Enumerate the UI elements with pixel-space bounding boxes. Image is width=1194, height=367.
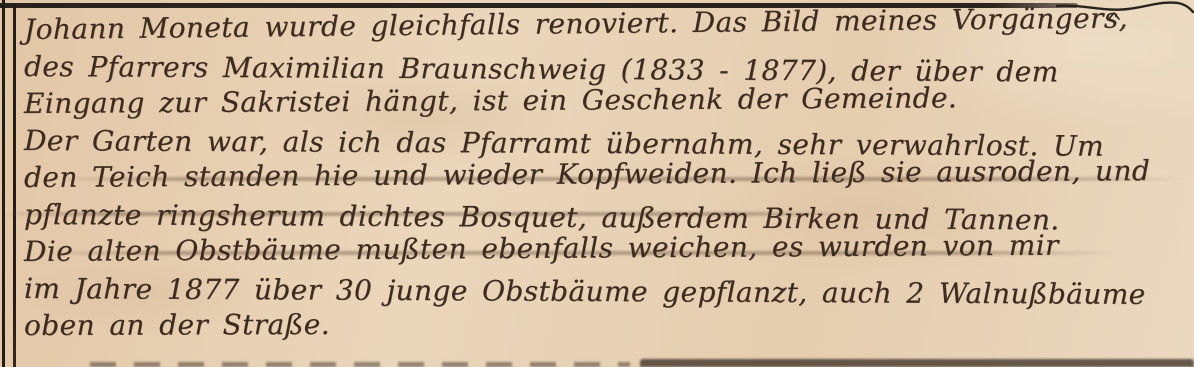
manuscript-line: oben an der Straße.	[24, 303, 1194, 344]
next-line-cutoff	[640, 359, 1194, 367]
manuscript-text: Johann Moneta wurde gleichfalls renovier…	[24, 11, 1194, 344]
manuscript-line: Eingang zur Sakristei hängt, ist ein Ges…	[24, 78, 1194, 122]
left-margin-line-inner	[13, 4, 16, 367]
manuscript-line: den Teich standen hie und wieder Kopfwei…	[24, 152, 1194, 196]
left-margin-line-outer	[2, 0, 5, 367]
manuscript-page: Johann Moneta wurde gleichfalls renovier…	[0, 0, 1194, 367]
next-line-cutoff	[90, 362, 630, 367]
manuscript-line: Die alten Obstbäume mußten ebenfalls wei…	[24, 226, 1194, 270]
